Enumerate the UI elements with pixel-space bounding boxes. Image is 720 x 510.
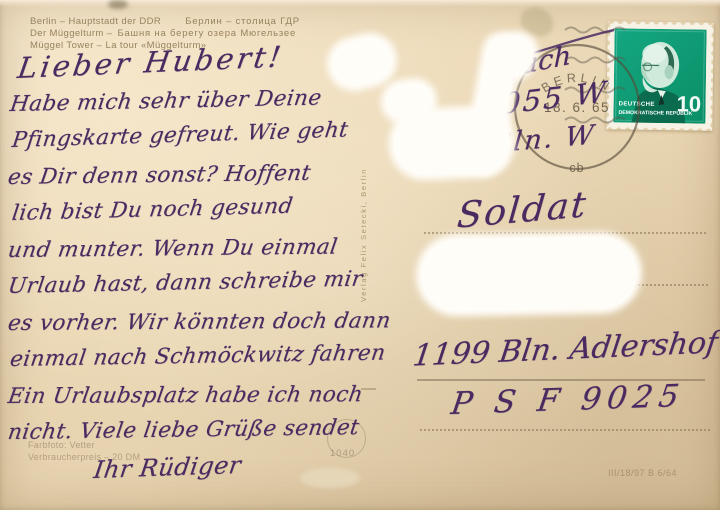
address-po-box: P S F 9025 <box>449 378 687 422</box>
message-line: Ein Urlaubsplatz habe ich noch <box>5 376 394 415</box>
stamp-value: 10 <box>676 91 701 116</box>
caption-line: Berlin – Hauptstadt der DDRБерлин – стол… <box>30 16 300 28</box>
postcard-back: Berlin – Hauptstadt der DDRБерлин – стол… <box>0 0 720 510</box>
address-dotted-line <box>420 429 710 431</box>
redaction-blob <box>420 236 637 312</box>
caption-de: Der Müggelturm – <box>30 28 112 39</box>
message-line: einmal nach Schmöckwitz fahren <box>7 335 394 378</box>
caption-ru: Берлин – столица ГДР <box>185 16 300 27</box>
caption-de: Berlin – Hauptstadt der DDR <box>30 16 161 27</box>
message-line: Urlaub hast, dann schreibe mir <box>5 261 394 306</box>
print-code: III/18/97 B 6/64 <box>608 468 677 478</box>
handwritten-message: Lieber Hubert! Habe mich sehr über Deine… <box>6 50 391 488</box>
address-rank: Soldat <box>455 184 589 236</box>
postmark-code: cb <box>569 161 584 175</box>
caption-ru: Башня на берегу озера Мюгельзее <box>117 28 296 39</box>
caption-line: Der Müggelturm –Башня на берегу озера Мю… <box>30 28 300 40</box>
paper-stain <box>108 0 128 9</box>
address-city-line: 1199 Bln. Adlershof <box>411 325 720 373</box>
